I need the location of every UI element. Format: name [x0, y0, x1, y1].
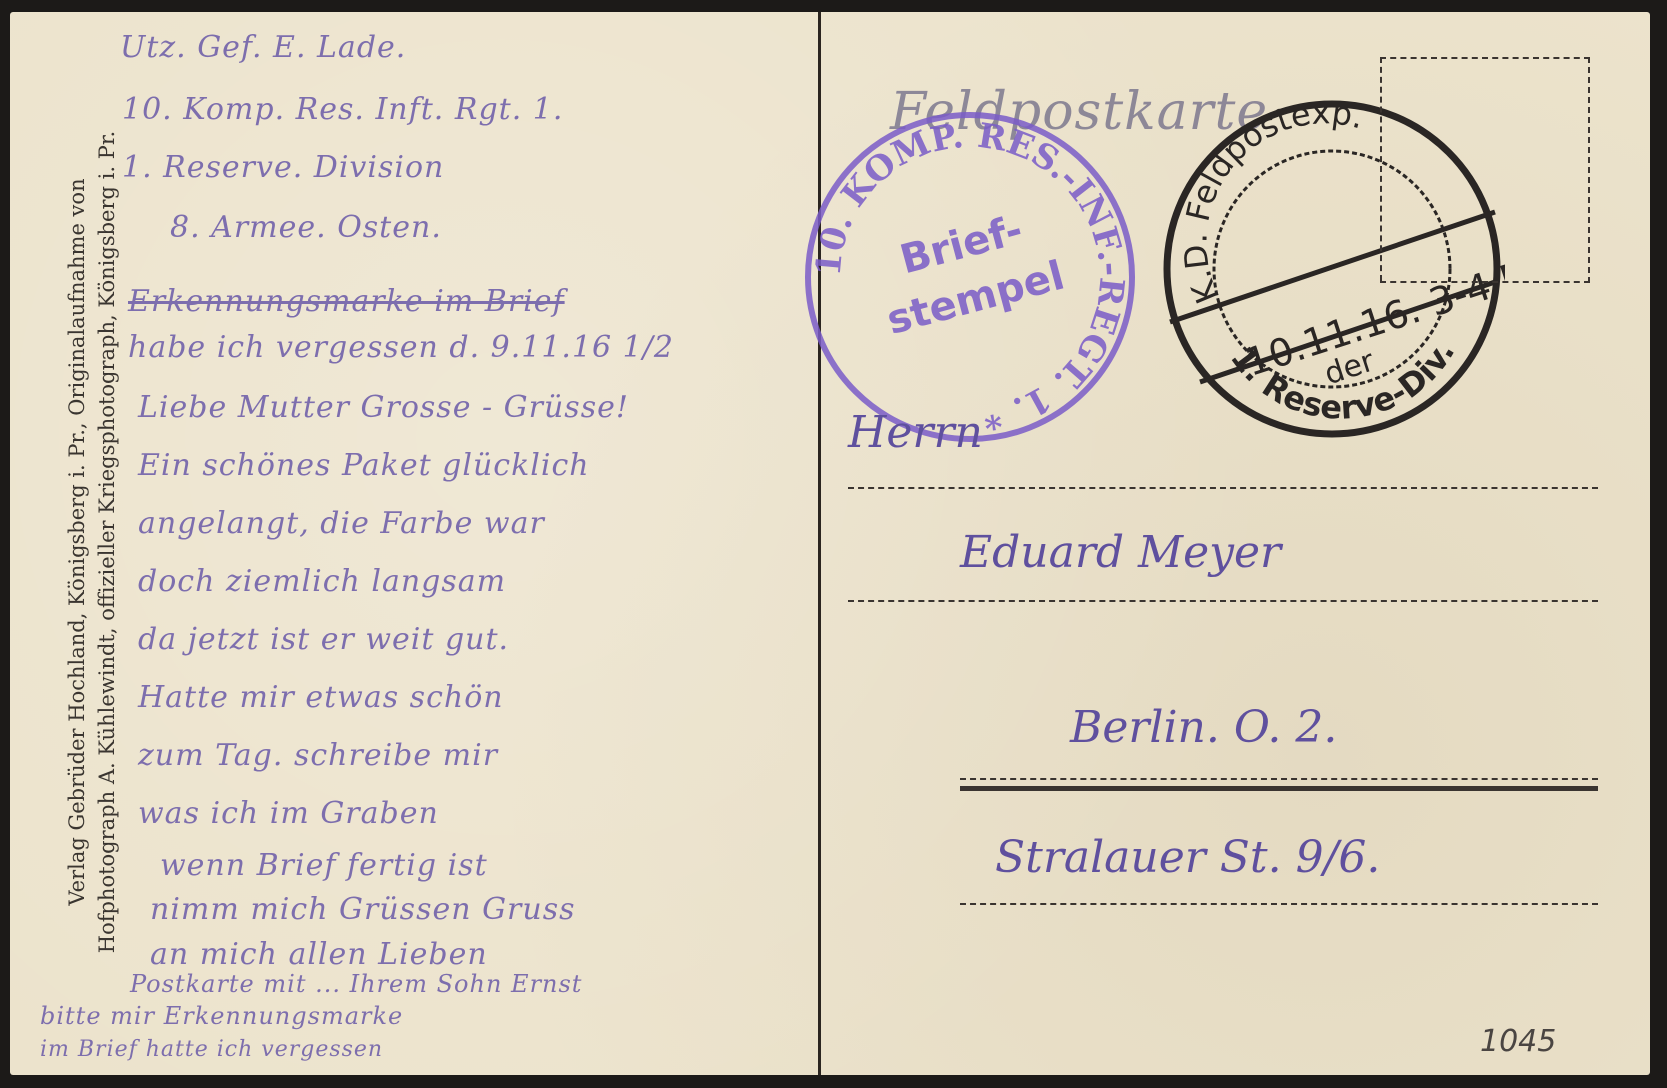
message-line: Postkarte mit ... Ihrem Sohn Ernst — [130, 970, 582, 998]
publisher-line-2: Hofphotograph A. Kühlewindt, offizieller… — [92, 42, 122, 1042]
address-line — [848, 600, 1598, 602]
postcard: Verlag Gebrüder Hochland, Königsberg i. … — [10, 12, 1650, 1075]
message-line: was ich im Graben — [138, 796, 439, 831]
brief-stempel-icon: 10. KOMP. RES.-INF.-REGT. 1. * Brief- st… — [800, 107, 1140, 447]
struck-line: Erkennungsmarke im Brief — [128, 284, 565, 319]
address-street: Stralauer St. 9/6. — [995, 832, 1380, 883]
message-line: Hatte mir etwas schön — [138, 680, 504, 715]
address-line — [960, 903, 1598, 905]
message-line: da jetzt ist er weit gut. — [138, 622, 509, 657]
city-underline — [960, 786, 1598, 791]
sender-line: Utz. Gef. E. Lade. — [120, 30, 406, 65]
svg-text:K.D. Feldpostexp.: K.D. Feldpostexp. — [1176, 97, 1368, 309]
message-line: im Brief hatte ich vergessen — [40, 1037, 383, 1062]
message-line: zum Tag. schreibe mir — [138, 738, 498, 773]
message-line: an mich allen Lieben — [150, 937, 488, 972]
message-line: Liebe Mutter Grosse - Grüsse! — [138, 390, 629, 425]
sender-line: 1. Reserve. Division — [122, 150, 444, 185]
message-line: nimm mich Grüssen Gruss — [150, 892, 576, 927]
date-line: habe ich vergessen d. 9.11.16 1/2 — [128, 330, 674, 365]
publisher-imprint: Verlag Gebrüder Hochland, Königsberg i. … — [42, 42, 142, 1042]
address-city: Berlin. O. 2. — [1070, 702, 1337, 753]
message-line: doch ziemlich langsam — [138, 564, 506, 599]
archive-number: 1045 — [1480, 1024, 1556, 1059]
sender-line: 8. Armee. Osten. — [170, 210, 442, 245]
stamp-placement-box — [1380, 57, 1590, 283]
address-salutation: Herrn — [848, 407, 983, 458]
message-line: angelangt, die Farbe war — [138, 506, 545, 541]
stamp-box-left-edge — [1380, 57, 1382, 281]
address-line — [848, 487, 1598, 489]
publisher-line-1: Verlag Gebrüder Hochland, Königsberg i. … — [62, 42, 92, 1042]
address-name: Eduard Meyer — [960, 527, 1281, 578]
message-line: wenn Brief fertig ist — [160, 848, 488, 883]
sender-line: 10. Komp. Res. Inft. Rgt. 1. — [122, 92, 563, 127]
message-line: bitte mir Erkennungsmarke — [40, 1002, 403, 1030]
address-line — [960, 778, 1598, 780]
message-line: Ein schönes Paket glücklich — [138, 448, 590, 483]
